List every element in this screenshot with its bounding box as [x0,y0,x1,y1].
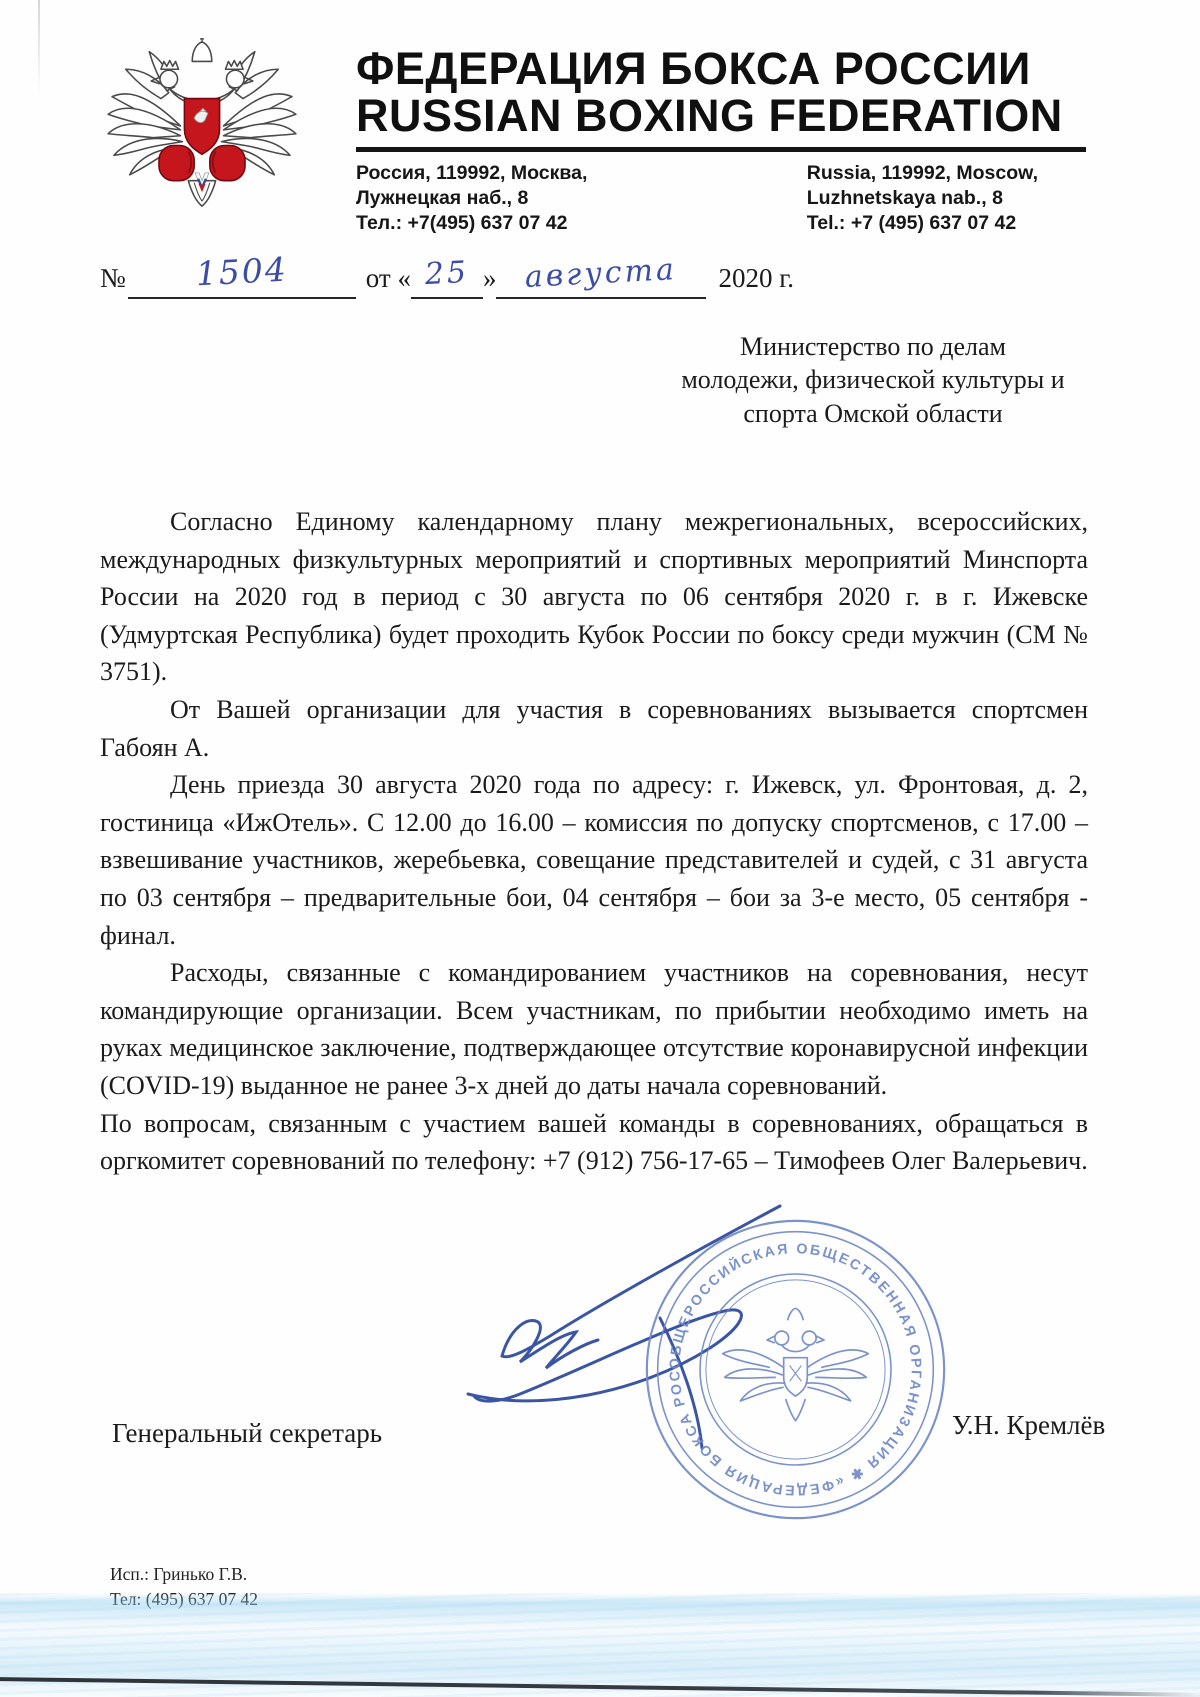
red-shield [184,99,219,155]
org-name-en: RUSSIAN BOXING FEDERATION [356,93,1094,140]
body-paragraph: Расходы, связанные с командированием уча… [100,954,1088,1104]
recipient-line: молодежи, физической культуры и [658,363,1088,396]
number-label: № [100,263,126,294]
address-russian: Россия, 119992, Москва, Лужнецкая наб., … [356,161,587,237]
day-slot: 25 [411,260,483,299]
closing-quote: » [483,263,497,294]
stamp-ring-text: ОБЩЕРОССИЙСКАЯ ОБЩЕСТВЕННАЯ ОРГАНИЗАЦИЯ … [638,1212,924,1498]
recipient-line: Министерство по делам [658,330,1088,363]
scan-blue-band-artifact [0,1593,1200,1697]
address-english: Russia, 119992, Moscow, Luzhnetskaya nab… [807,161,1038,237]
executor-name: Исп.: Гринько Г.В. [110,1562,258,1587]
handwritten-number: 1504 [195,250,289,294]
scanned-letter-page: ФЕДЕРАЦИЯ БОКСА РОССИИ RUSSIAN BOXING FE… [0,0,1200,1697]
round-federation-stamp: ОБЩЕРОССИЙСКАЯ ОБЩЕСТВЕННАЯ ОРГАНИЗАЦИЯ … [638,1212,953,1527]
body-paragraph: По вопросам, связанным с участием вашей … [100,1105,1088,1180]
scan-edge-line-artifact [0,1677,1200,1697]
handwritten-day: 25 [424,255,470,292]
org-name-ru: ФЕДЕРАЦИЯ БОКСА РОССИИ [356,46,1094,93]
body-paragraph: От Вашей организации для участия в сорев… [100,691,1088,766]
year-suffix: 2020 г. [718,263,794,294]
number-slot: 1504 [128,256,356,299]
recipient-block: Министерство по делам молодежи, физическ… [658,330,1088,430]
body-paragraph: Согласно Единому календарному плану межр… [100,503,1088,691]
letterhead-text: ФЕДЕРАЦИЯ БОКСА РОССИИ RUSSIAN BOXING FE… [356,36,1094,237]
stamp-eagle-icon [723,1308,869,1420]
letterhead: ФЕДЕРАЦИЯ БОКСА РОССИИ RUSSIAN BOXING FE… [104,36,1094,237]
handwritten-month: августа [524,252,678,295]
recipient-line: спорта Омской области [658,397,1088,430]
signer-name: У.Н. Кремлёв [952,1410,1105,1441]
month-slot: августа [496,260,706,299]
body-paragraph: День приезда 30 августа 2020 года по адр… [100,766,1088,954]
svg-text:ОБЩЕРОССИЙСКАЯ ОБЩЕСТВЕННАЯ ОР: ОБЩЕРОССИЙСКАЯ ОБЩЕСТВЕННАЯ ОРГАНИЗАЦИЯ … [638,1212,924,1498]
boxing-federation-eagle-emblem [104,36,300,212]
signer-title: Генеральный секретарь [112,1418,382,1449]
reference-line: №1504 от «25»августа 2020 г. [100,256,794,299]
letterhead-rule [356,147,1086,152]
scan-fold-artifact [38,0,40,95]
letter-body: Согласно Единому календарному плану межр… [100,503,1088,1180]
from-label: от « [366,263,411,294]
